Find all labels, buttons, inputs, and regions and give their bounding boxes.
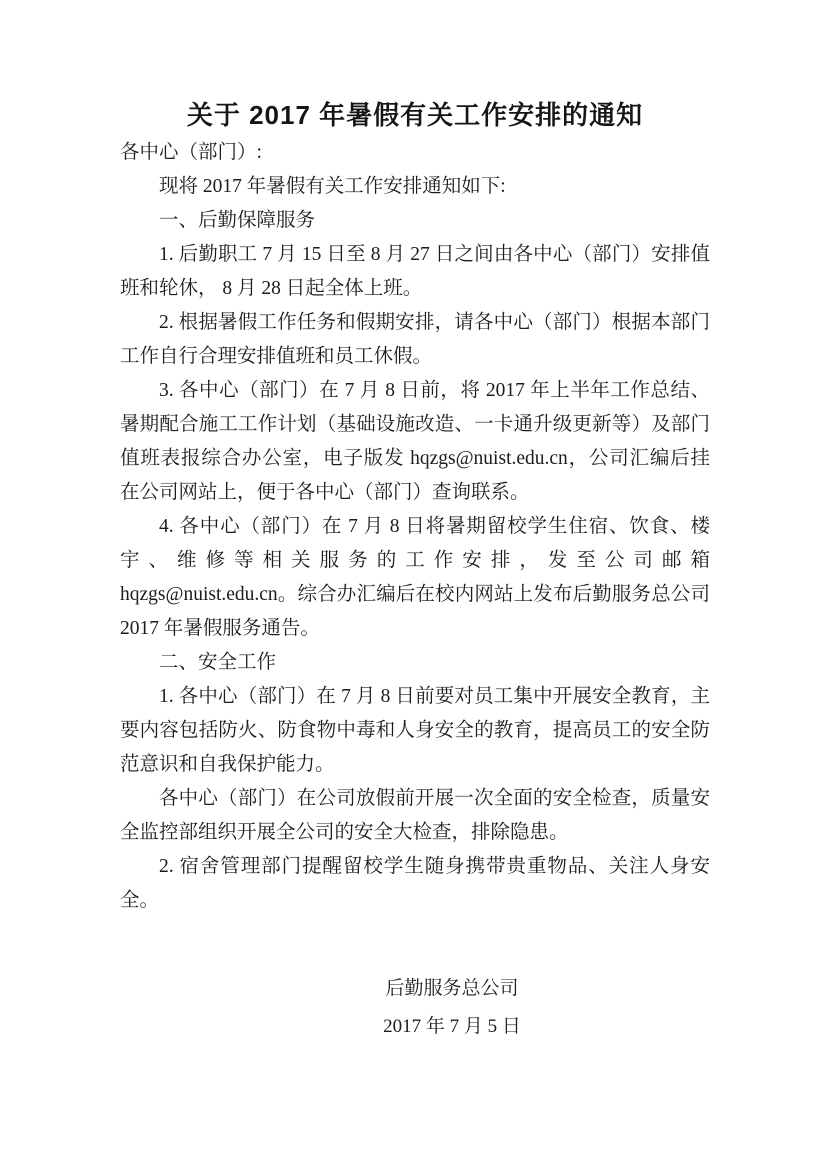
section-1-item-4: 4. 各中心（部门）在 7 月 8 日将暑期留校学生住宿、饮食、楼宇、维修等相关…	[120, 510, 710, 646]
section-1-item-2: 2. 根据暑假工作任务和假期安排，请各中心（部门）根据本部门工作自行合理安排值班…	[120, 306, 710, 374]
section-1-item-1: 1. 后勤职工 7 月 15 日至 8 月 27 日之间由各中心（部门）安排值班…	[120, 238, 710, 306]
document-body: 各中心（部门）: 现将 2017 年暑假有关工作安排通知如下: 一、后勤保障服务…	[120, 136, 710, 918]
section-1-item-3: 3. 各中心（部门）在 7 月 8 日前，将 2017 年上半年工作总结、暑期配…	[120, 374, 710, 510]
section-2-paragraph-unnumbered: 各中心（部门）在公司放假前开展一次全面的安全检查，质量安全监控部组织开展全公司的…	[120, 782, 710, 850]
section-1-heading: 一、后勤保障服务	[120, 204, 710, 238]
signature-date: 2017 年 7 月 5 日	[342, 1008, 562, 1046]
section-2-heading: 二、安全工作	[120, 646, 710, 680]
document-page: 关于 2017 年暑假有关工作安排的通知 各中心（部门）: 现将 2017 年暑…	[0, 0, 827, 1170]
document-title: 关于 2017 年暑假有关工作安排的通知	[120, 98, 710, 132]
signature-block: 后勤服务总公司 2017 年 7 月 5 日	[342, 970, 562, 1046]
intro-paragraph: 现将 2017 年暑假有关工作安排通知如下:	[120, 170, 710, 204]
signature-company: 后勤服务总公司	[342, 970, 562, 1008]
section-2-item-1: 1. 各中心（部门）在 7 月 8 日前要对员工集中开展安全教育，主要内容包括防…	[120, 680, 710, 782]
salutation: 各中心（部门）:	[120, 136, 710, 170]
section-2-item-2: 2. 宿舍管理部门提醒留校学生随身携带贵重物品、关注人身安全。	[120, 850, 710, 918]
